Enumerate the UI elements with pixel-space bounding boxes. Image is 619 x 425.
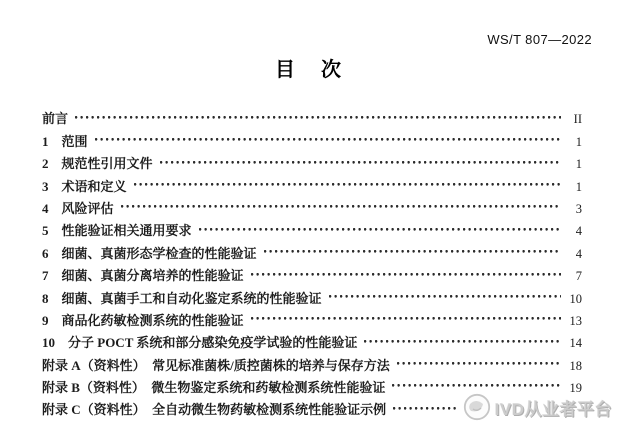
- dot-leader: [95, 123, 561, 145]
- toc-row: 2 规范性引用文件 1: [42, 146, 582, 168]
- toc-page-number: 14: [566, 332, 582, 354]
- toc-entry-label: 9 商品化药敏检测系统的性能验证: [42, 310, 244, 332]
- toc-entry-label: 10 分子 POCT 系统和部分感染免疫学试验的性能验证: [42, 332, 357, 354]
- toc-page-number: 18: [566, 355, 582, 377]
- watermark: IVD从业者平台: [458, 392, 614, 422]
- toc-entry-label: 附录 A（资料性） 常见标准菌株/质控菌株的培养与保存方法: [42, 355, 390, 377]
- dot-leader: [364, 325, 561, 347]
- toc-page-number: 10: [566, 288, 582, 310]
- toc-list: 前言 II 1 范围 1 2 规范性引用文件 1 3 术语和定义 1 4 风险评…: [42, 101, 582, 414]
- toc-entry-label: 5 性能验证相关通用要求: [42, 220, 192, 242]
- dot-leader: [392, 370, 561, 392]
- toc-page-number: 7: [566, 265, 582, 287]
- dot-leader: [75, 101, 561, 123]
- watermark-text: IVD从业者平台: [495, 395, 612, 420]
- toc-page-number: 1: [566, 131, 582, 153]
- doc-number: WS/T 807—2022: [487, 32, 592, 47]
- toc-entry-label: 附录 B（资料性） 微生物鉴定系统和药敏检测系统性能验证: [42, 377, 385, 399]
- dot-leader: [160, 146, 561, 168]
- toc-entry-label: 6 细菌、真菌形态学检查的性能验证: [42, 243, 257, 265]
- toc-row: 前言 II: [42, 101, 582, 123]
- dot-leader: [329, 280, 561, 302]
- toc-entry-label: 前言: [42, 108, 68, 130]
- dot-leader: [264, 235, 561, 257]
- dot-leader: [251, 303, 561, 325]
- toc-row: 4 风险评估 3: [42, 191, 582, 213]
- toc-page-number: II: [566, 108, 582, 130]
- toc-page-number: 3: [566, 198, 582, 220]
- toc-entry-label: 4 风险评估: [42, 198, 114, 220]
- toc-entry-label: 3 术语和定义: [42, 176, 127, 198]
- toc-page-number: 1: [566, 176, 582, 198]
- toc-page-number: 1: [566, 153, 582, 175]
- page-title: 目 次: [0, 53, 619, 82]
- document-page: WS/T 807—2022 目 次 前言 II 1 范围 1 2 规范性引用文件…: [0, 0, 619, 425]
- toc-page-number: 13: [566, 310, 582, 332]
- toc-entry-label: 附录 C（资料性） 全自动微生物药敏检测系统性能验证示例: [42, 399, 386, 421]
- toc-entry-label: 1 范围: [42, 131, 88, 153]
- dot-leader: [134, 168, 561, 190]
- dot-leader: [397, 347, 561, 369]
- watermark-logo-icon: [463, 393, 491, 421]
- toc-page-number: 4: [566, 220, 582, 242]
- toc-row: 5 性能验证相关通用要求 4: [42, 213, 582, 235]
- dot-leader: [251, 258, 561, 280]
- toc-entry-label: 7 细菌、真菌分离培养的性能验证: [42, 265, 244, 287]
- dot-leader: [199, 213, 561, 235]
- dot-leader: [121, 191, 561, 213]
- toc-page-number: 4: [566, 243, 582, 265]
- toc-row: 1 范围 1: [42, 123, 582, 145]
